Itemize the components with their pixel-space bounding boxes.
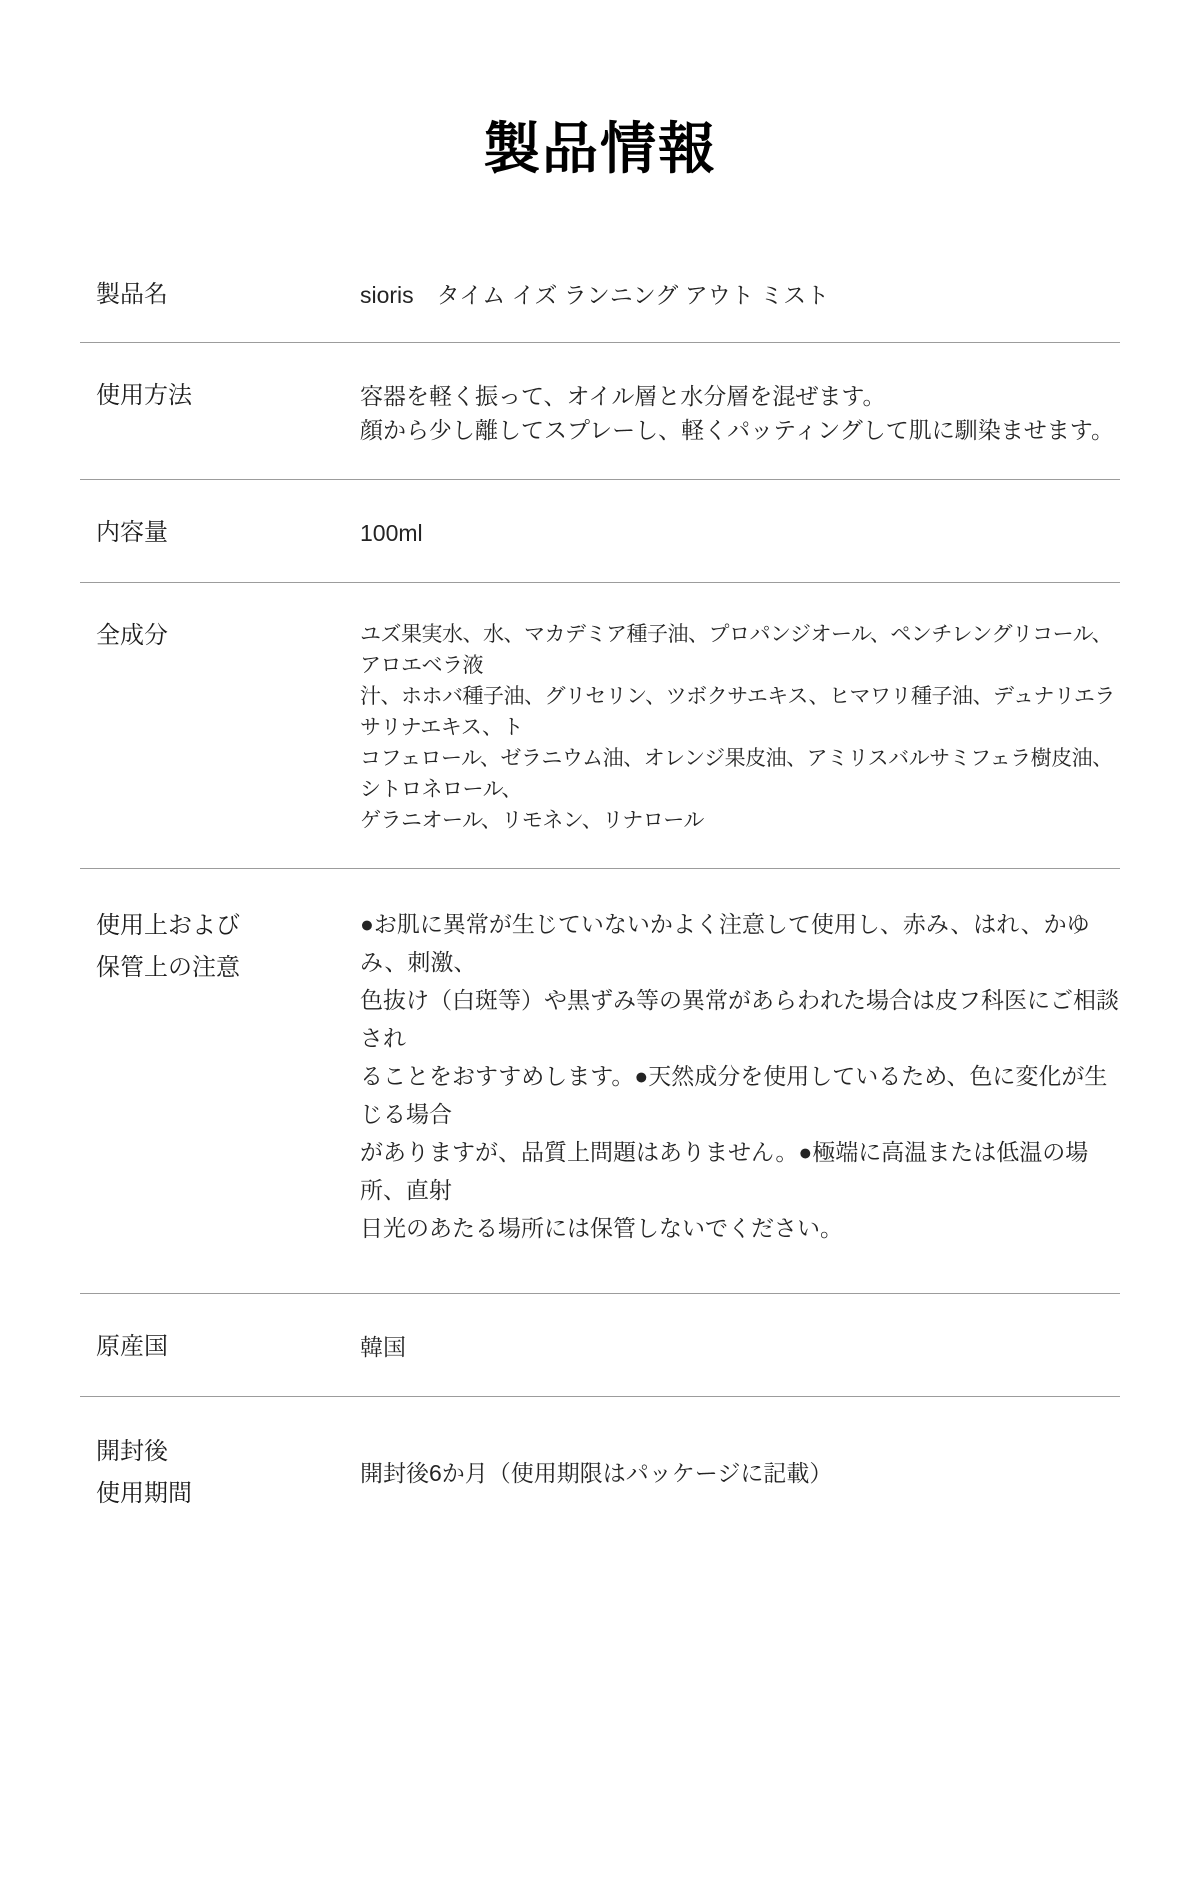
product-info-table: 製品名 sioris タイム イズ ランニング アウト ミスト 使用方法 容器を… [80,272,1120,1547]
row-label: 使用方法 [80,379,360,413]
page-title: 製品情報 [0,118,1200,180]
row-value: sioris タイム イズ ランニング アウト ミスト [360,278,1120,312]
row-value: ユズ果実水、水、マカデミア種子油、プロパンジオール、ペンチレングリコール、アロエ… [360,619,1120,836]
row-label: 原産国 [80,1330,360,1364]
row-value: 100ml [360,516,1120,550]
table-row-ingredients: 全成分 ユズ果実水、水、マカデミア種子油、プロパンジオール、ペンチレングリコール… [80,583,1120,869]
row-label: 開封後 使用期間 [80,1431,360,1515]
row-label: 内容量 [80,516,360,550]
row-value: 韓国 [360,1330,1120,1364]
table-row-product-name: 製品名 sioris タイム イズ ランニング アウト ミスト [80,272,1120,343]
table-row-period-after-opening: 開封後 使用期間 開封後6か月（使用期限はパッケージに記載） [80,1397,1120,1547]
row-label: 全成分 [80,619,360,653]
table-row-usage: 使用方法 容器を軽く振って、オイル層と水分層を混ぜます。 顔から少し離してスプレ… [80,343,1120,480]
table-row-origin: 原産国 韓国 [80,1294,1120,1397]
row-label: 製品名 [80,278,360,312]
row-value: 容器を軽く振って、オイル層と水分層を混ぜます。 顔から少し離してスプレーし、軽く… [360,379,1120,447]
row-value: ●お肌に異常が生じていないかよく注意して使用し、赤み、はれ、かゆみ、刺激、 色抜… [360,905,1120,1247]
row-label: 使用上および 保管上の注意 [80,905,360,989]
row-value: 開封後6か月（使用期限はパッケージに記載） [360,1456,1120,1490]
table-row-volume: 内容量 100ml [80,480,1120,583]
table-row-caution: 使用上および 保管上の注意 ●お肌に異常が生じていないかよく注意して使用し、赤み… [80,869,1120,1294]
